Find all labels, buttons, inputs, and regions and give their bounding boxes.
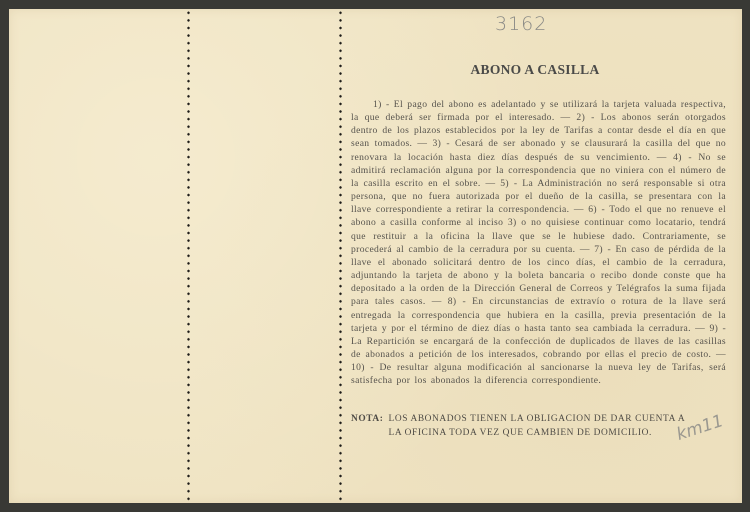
document-title: ABONO A CASILLA [340, 62, 730, 78]
terms-paragraph: 1) - El pago del abono es adelantado y s… [351, 98, 726, 387]
perforation-line-right [339, 9, 342, 503]
nota-line-1: LOS ABONADOS TIENEN LA OBLIGACION DE DAR… [389, 413, 686, 427]
perforation-line-left [187, 9, 190, 503]
handwritten-reference-number: 3162 [495, 13, 547, 35]
nota-line-2: LA OFICINA TODA VEZ QUE CAMBIEN DE DOMIC… [389, 427, 686, 441]
nota-text: LOS ABONADOS TIENEN LA OBLIGACION DE DAR… [389, 413, 686, 440]
nota-label: NOTA: [351, 413, 384, 440]
